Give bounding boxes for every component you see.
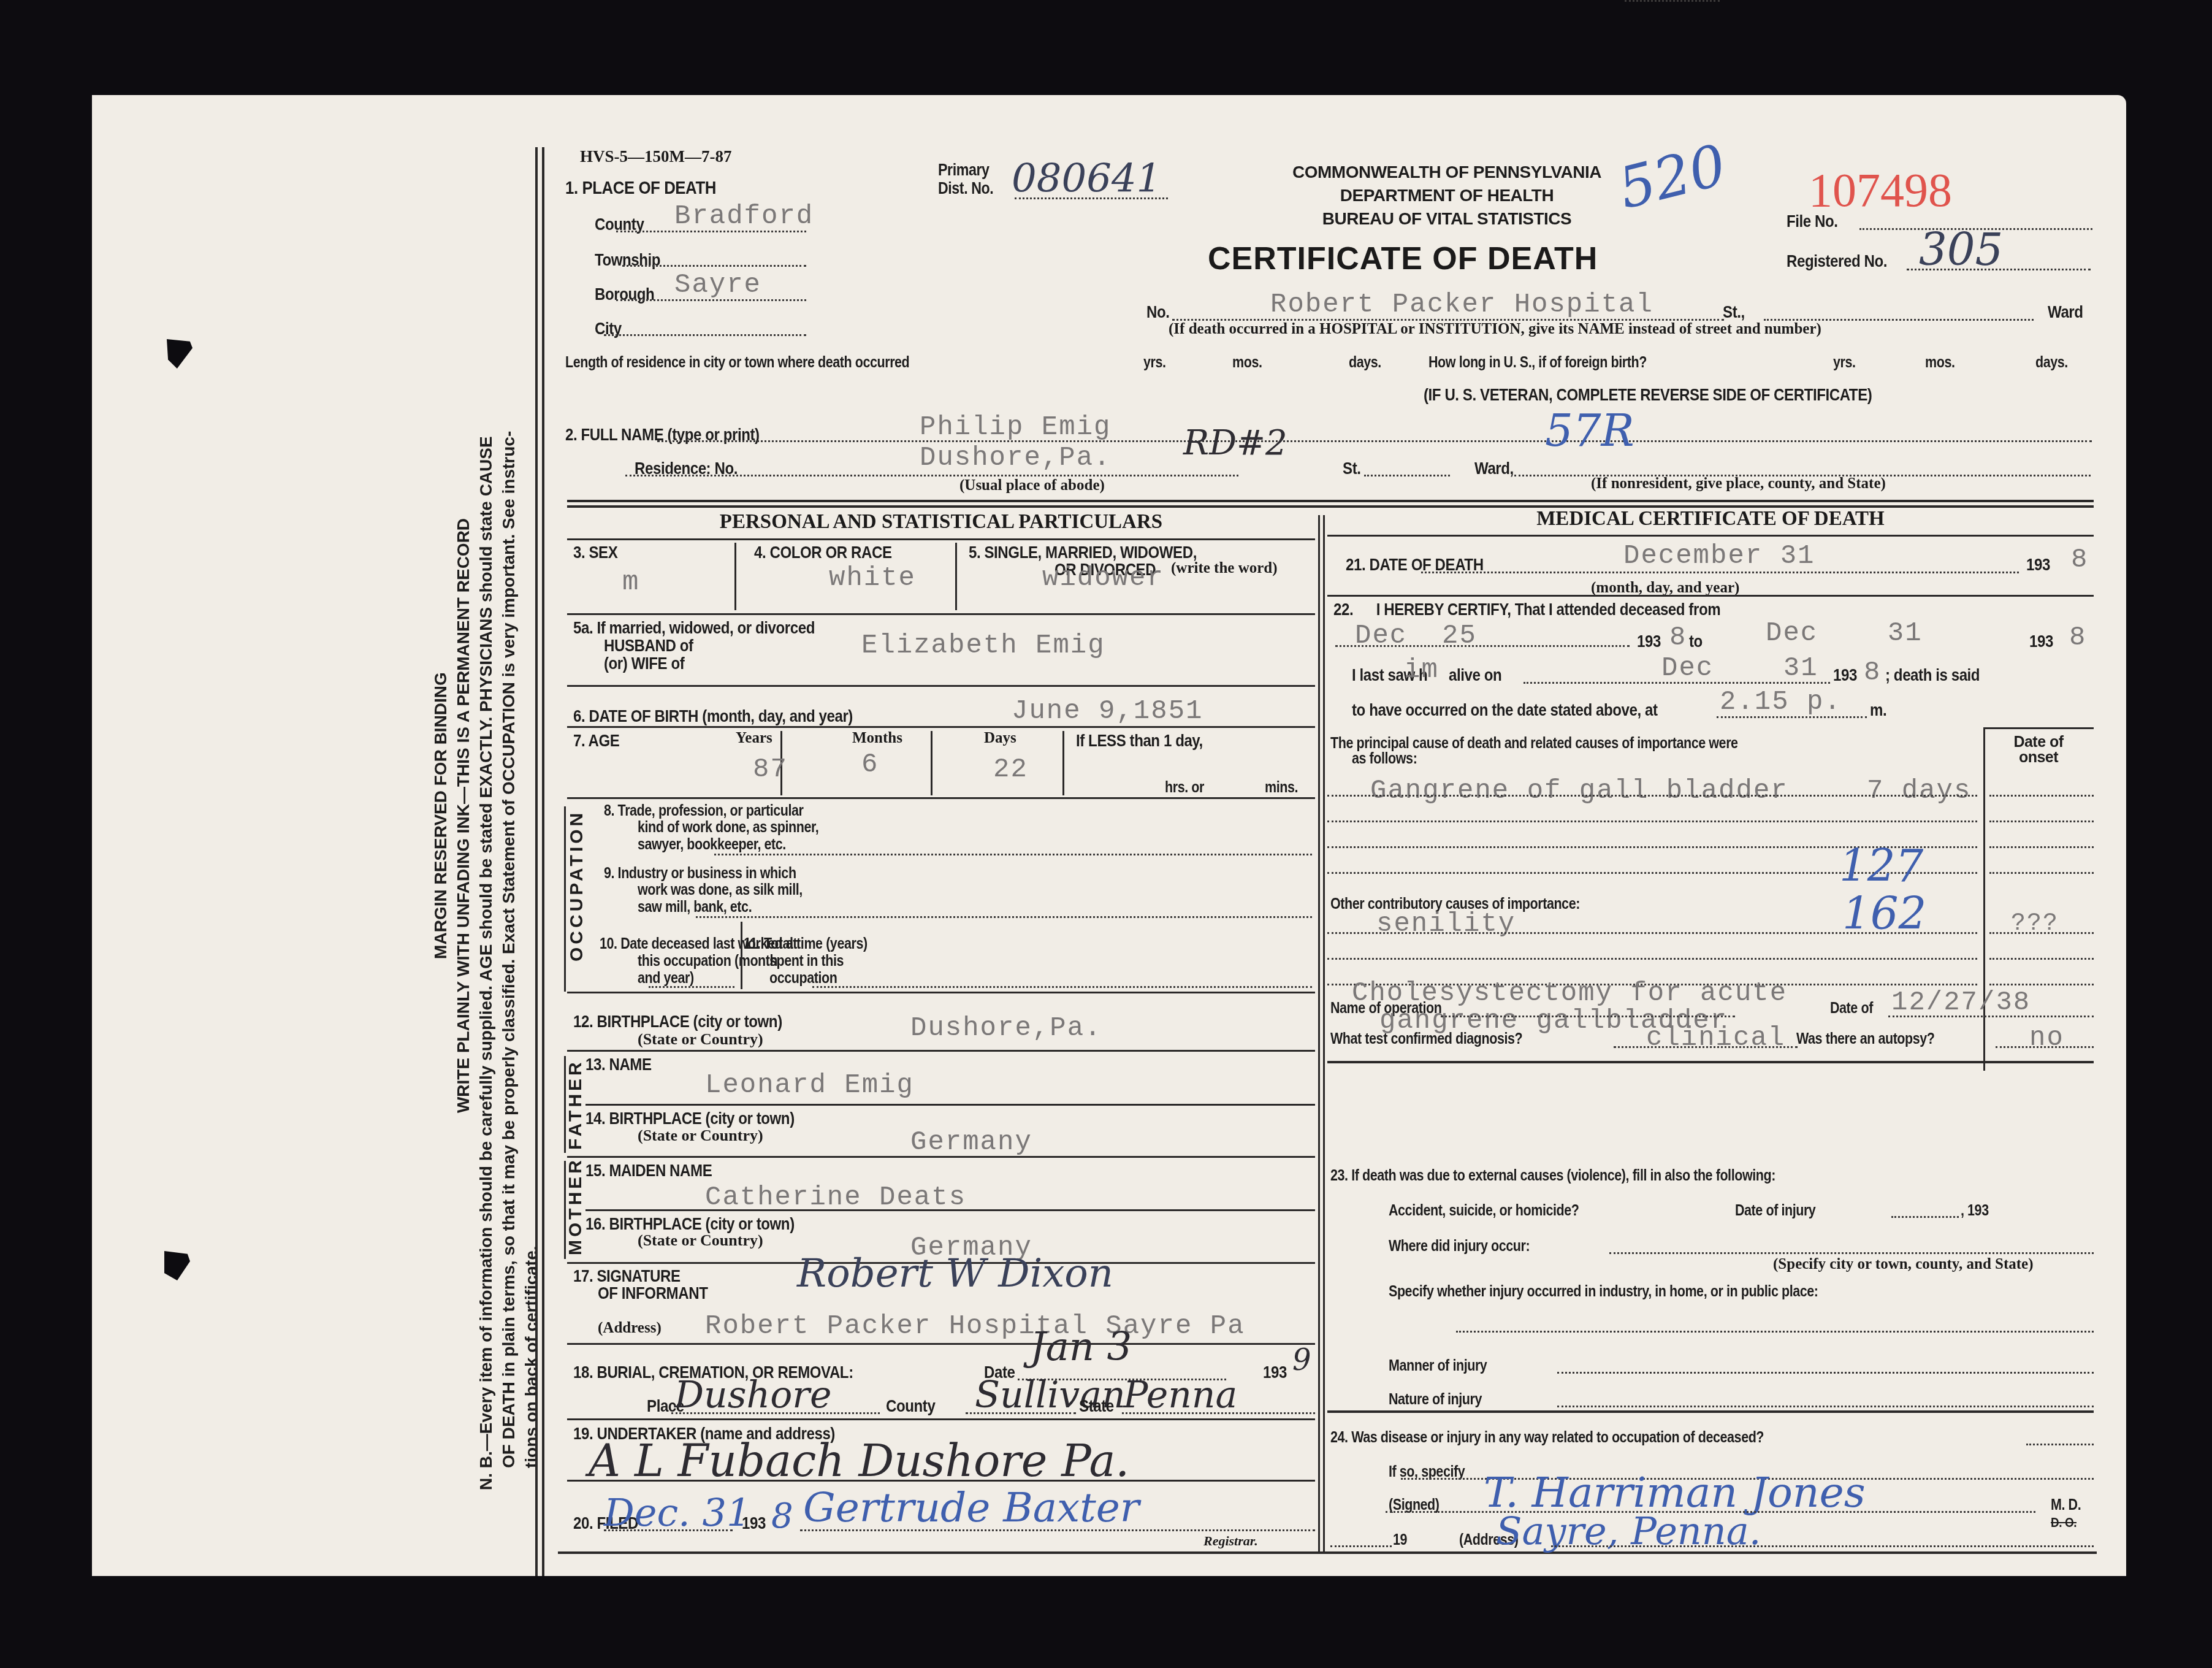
principal-cause: Gangrene of gall bladder [1370, 776, 1788, 806]
last-worked-label-3: and year) [638, 970, 694, 987]
row-rule [1327, 595, 2094, 597]
primary-dist-label: Primary Dist. No. [938, 161, 993, 197]
medical-section-title: MEDICAL CERTIFICATE OF DEATH [1327, 508, 2094, 530]
months-label: Months [852, 730, 902, 747]
test-value: clinical [1646, 1023, 1785, 1054]
age-days: 22 [993, 754, 1028, 785]
row-rule [585, 1209, 1315, 1211]
primary-dist-number: 080641 [1012, 156, 1161, 202]
cell-divider [734, 543, 736, 610]
mins-label: mins. [1265, 779, 1298, 797]
father-birthplace-note: (State or Country) [638, 1127, 763, 1145]
onset-label: Date of onset [1989, 735, 2088, 765]
cell-divider [931, 731, 932, 795]
trade-label-3: sawyer, bookkeeper, etc. [638, 836, 786, 854]
place-of-death-label: 1. PLACE OF DEATH [565, 178, 716, 199]
contributory-cause: senility [1376, 909, 1516, 939]
external-causes-label: 23. If death was due to external causes … [1330, 1167, 1775, 1185]
file-number-stamp: 107498 [1809, 163, 1952, 218]
burial-state: Penna [1123, 1374, 1237, 1417]
informant-signature: Robert W Dixon [797, 1251, 1113, 1296]
marital-value: widower [1042, 563, 1164, 594]
attended-to-year: 8 [2069, 622, 2086, 653]
foreign-birth-label: How long in U. S., if of foreign birth? [1428, 354, 1647, 372]
full-name-value: Philip Emig [920, 412, 1111, 443]
attended-from-year: 8 [1669, 622, 1687, 653]
mother-side-label: MOTHER [565, 1157, 586, 1255]
date-note: (month, day, and year) [1591, 580, 1739, 597]
filed-date: Dec. 31 [604, 1490, 750, 1535]
institution-no-label: No. [1146, 302, 1170, 322]
to-label: to [1689, 632, 1703, 651]
father-birthplace-value: Germany [910, 1127, 1032, 1158]
principal-onset: 7 days [1867, 776, 1971, 806]
death-year-prefix: 193 [2026, 555, 2050, 575]
veteran-note: (IF U. S. VETERAN, COMPLETE REVERSE SIDE… [1424, 385, 1872, 405]
row-rule [1327, 1061, 2094, 1063]
burial-county-label: County [886, 1396, 935, 1416]
race-label: 4. COLOR OR RACE [754, 543, 892, 562]
filed-year-digit: 8 [771, 1496, 793, 1536]
last-saw-pronoun: im [1404, 655, 1439, 686]
yrs-label: yrs. [1143, 354, 1166, 372]
street-label: St., [1723, 302, 1745, 322]
side-divider [564, 1161, 566, 1259]
personal-section-title: PERSONAL AND STATISTICAL PARTICULARS [567, 511, 1315, 534]
birthplace-value: Dushore,Pa. [910, 1013, 1102, 1044]
margin-instructions: MARGIN RESERVED FOR BINDING WRITE PLAINL… [429, 141, 543, 1490]
trade-label-2: kind of work done, as spinner, [638, 819, 818, 836]
father-birthplace-label: 14. BIRTHPLACE (city or town) [585, 1109, 795, 1128]
ward-label: Ward [2048, 302, 2083, 322]
days-label: days. [2035, 354, 2068, 372]
margin-rule [535, 147, 538, 1576]
where-note: (Specify city or town, county, and State… [1773, 1256, 2034, 1273]
time-of-death: 2.15 p. [1720, 687, 1842, 717]
industry-label-2: work was done, as silk mill, [638, 881, 803, 899]
row-rule [567, 726, 1315, 728]
total-time-label-3: occupation [769, 970, 837, 987]
row-rule [567, 685, 1315, 687]
nonresident-note: (If nonresident, give place, county, and… [1591, 475, 1886, 492]
row-rule [567, 1480, 1315, 1482]
row-rule [567, 538, 1315, 540]
autopsy-value: no [2029, 1023, 2064, 1054]
father-name-value: Leonard Emig [705, 1070, 914, 1101]
ward-mark: 57R [1545, 405, 1634, 456]
filed-year-prefix: 193 [742, 1513, 766, 1533]
attended-from-year-prefix: 193 [1637, 632, 1661, 651]
spouse-label: 5a. If married, widowed, or divorced [573, 618, 815, 638]
occupation-related-label: 24. Was disease or injury in any way rel… [1330, 1429, 1764, 1447]
occurred-label: to have occurred on the date stated abov… [1352, 700, 1658, 720]
date-of-death-value: December 31 [1623, 541, 1815, 572]
dob-value: June 9,1851 [1012, 696, 1203, 727]
borough-label: Borough [595, 285, 654, 304]
total-time-label: 11. Total time (years) [744, 935, 868, 953]
alive-on-label: alive on [1449, 665, 1501, 685]
institution-value: Robert Packer Hospital [1270, 289, 1653, 320]
page-title: CERTIFICATE OF DEATH [1208, 240, 1598, 277]
trade-label: 8. Trade, profession, or particular [604, 802, 803, 820]
bottom-rule [558, 1551, 2097, 1554]
wife-of-label: (or) WIFE of [604, 654, 684, 673]
spouse-value: Elizabeth Emig [861, 630, 1105, 661]
sex-label: 3. SEX [573, 543, 617, 562]
industry-label-3: saw mill, bank, etc. [638, 898, 752, 916]
form-code: HVS-5—150M—7-87 [580, 147, 731, 166]
column-divider [1318, 515, 1320, 1551]
informant-address-label: (Address) [598, 1320, 662, 1337]
row-rule [567, 1418, 1315, 1420]
registered-no-label: Registered No. [1787, 251, 1887, 271]
sex-value: m [622, 567, 639, 598]
yrs-label: yrs. [1833, 354, 1856, 372]
residence-ward-label: Ward, [1474, 459, 1514, 478]
row-rule [567, 1343, 1315, 1345]
burial-place: Dushore [674, 1374, 832, 1417]
burial-state-label: State [1079, 1396, 1114, 1416]
manner-label: Manner of injury [1389, 1357, 1487, 1375]
residence-street-label: St. [1343, 459, 1360, 478]
mos-label: mos. [1925, 354, 1955, 372]
operation-date: 12/27/38 [1891, 987, 2031, 1018]
agency-header: COMMONWEALTH OF PENNSYLVANIA DEPARTMENT … [1251, 161, 1643, 231]
row-rule [567, 992, 1315, 993]
death-said-label: ; death is said [1885, 665, 1980, 685]
township-label: Township [595, 250, 660, 270]
industry-label: 9. Industry or business in which [604, 865, 796, 882]
informant-label-2: OF INFORMANT [598, 1284, 707, 1303]
burial-year-digit: 9 [1292, 1343, 1311, 1377]
row-rule [567, 1156, 1315, 1158]
file-no-label: File No. [1787, 212, 1838, 231]
injury-year-label: , 193 [1961, 1202, 1989, 1220]
rd-mark: RD#2 [1183, 423, 1287, 463]
mother-name-label: 15. MAIDEN NAME [585, 1161, 712, 1180]
mother-name-value: Catherine Deats [705, 1182, 966, 1213]
side-divider [564, 1056, 566, 1153]
nature-label: Nature of injury [1389, 1391, 1482, 1409]
burial-year-prefix: 193 [1263, 1363, 1287, 1382]
injury-date-label: Date of injury [1735, 1202, 1815, 1220]
do-label: D. O. [2051, 1515, 2077, 1531]
dob-label: 6. DATE OF BIRTH (month, day, and year) [573, 706, 853, 726]
age-years: 87 [753, 754, 788, 785]
cause-label-2: as follows: [1352, 750, 1417, 768]
father-name-label: 13. NAME [585, 1055, 652, 1074]
county-value: Bradford [674, 201, 814, 232]
signature-year-label: 19 [1393, 1531, 1407, 1549]
cell-divider [1062, 731, 1064, 795]
last-saw-date: Dec 31 [1661, 653, 1818, 684]
row-rule [585, 1104, 1315, 1106]
occupation-side-label: OCCUPATION [566, 810, 587, 962]
marital-note: (write the word) [1171, 560, 1278, 577]
undertaker-value: A L Fubach Dushore Pa. [589, 1435, 1129, 1486]
informant-address: Robert Packer Hospital Sayre Pa [705, 1311, 1245, 1342]
accident-label: Accident, suicide, or homicide? [1389, 1202, 1579, 1220]
institution-note: (If death occurred in a HOSPITAL or INST… [1169, 321, 1821, 338]
cell-divider [955, 543, 957, 610]
row-rule [567, 613, 1315, 615]
onset-box-divider [1983, 727, 1985, 1071]
section-rule [567, 500, 2094, 502]
father-side-label: FATHER [565, 1059, 586, 1150]
birthplace-note: (State or Country) [638, 1030, 763, 1049]
years-label: Years [736, 730, 772, 747]
race-value: white [829, 563, 916, 594]
abode-note: (Usual place of abode) [959, 477, 1105, 494]
last-saw-year-prefix: 193 [1833, 665, 1857, 685]
registrar-signature: Gertrude Baxter [803, 1484, 1139, 1531]
registered-number: 305 [1919, 224, 2003, 275]
death-year-digit: 8 [2071, 545, 2088, 575]
md-label: M. D. [2051, 1496, 2081, 1514]
cell-divider [741, 922, 742, 989]
mos-label: mos. [1232, 354, 1262, 372]
row-rule [567, 797, 1315, 799]
column-divider [1323, 515, 1325, 1551]
total-time-label-2: spent in this [769, 952, 844, 970]
age-months: 6 [861, 749, 879, 780]
row-rule [1327, 1410, 2094, 1413]
attended-to-year-prefix: 193 [2029, 632, 2053, 651]
days-label: days. [1349, 354, 1381, 372]
test-label: What test confirmed diagnosis? [1330, 1030, 1522, 1048]
hrs-label: hrs. or [1165, 779, 1204, 797]
last-worked-label-2: this occupation (month [638, 952, 777, 970]
specify-place-label: Specify whether injury occurred in indus… [1389, 1283, 1818, 1301]
row-rule [1327, 535, 2094, 537]
borough-value: Sayre [674, 270, 761, 300]
age-label: 7. AGE [573, 731, 619, 751]
cause-code-1: 127 [1839, 840, 1923, 892]
certify-label: 22. I HEREBY CERTIFY, That I attended de… [1333, 600, 1720, 619]
m-label: m. [1870, 700, 1886, 720]
days-label: Days [984, 730, 1016, 747]
residence-value: Dushore,Pa. [920, 443, 1111, 473]
onset-box-top [1983, 727, 2094, 729]
residence-length-label: Length of residence in city or town wher… [565, 354, 909, 372]
where-label: Where did injury occur: [1389, 1238, 1530, 1255]
last-saw-year: 8 [1864, 657, 1881, 688]
husband-of-label: HUSBAND of [604, 636, 693, 656]
mother-birthplace-note: (State or Country) [638, 1231, 763, 1250]
operation-date-label: Date of [1830, 1000, 1873, 1017]
attended-to: Dec 31 [1766, 618, 1923, 649]
autopsy-label: Was there an autopsy? [1796, 1030, 1935, 1048]
side-divider [564, 806, 566, 992]
birthplace-label: 12. BIRTHPLACE (city or town) [573, 1012, 782, 1031]
burial-date: Jan 3 [1030, 1325, 1132, 1370]
margin-rule [542, 147, 544, 1576]
registrar-label: Registrar. [1203, 1533, 1258, 1549]
row-rule [567, 1050, 1315, 1052]
less-than-day-label: If LESS than 1 day, [1076, 731, 1203, 751]
